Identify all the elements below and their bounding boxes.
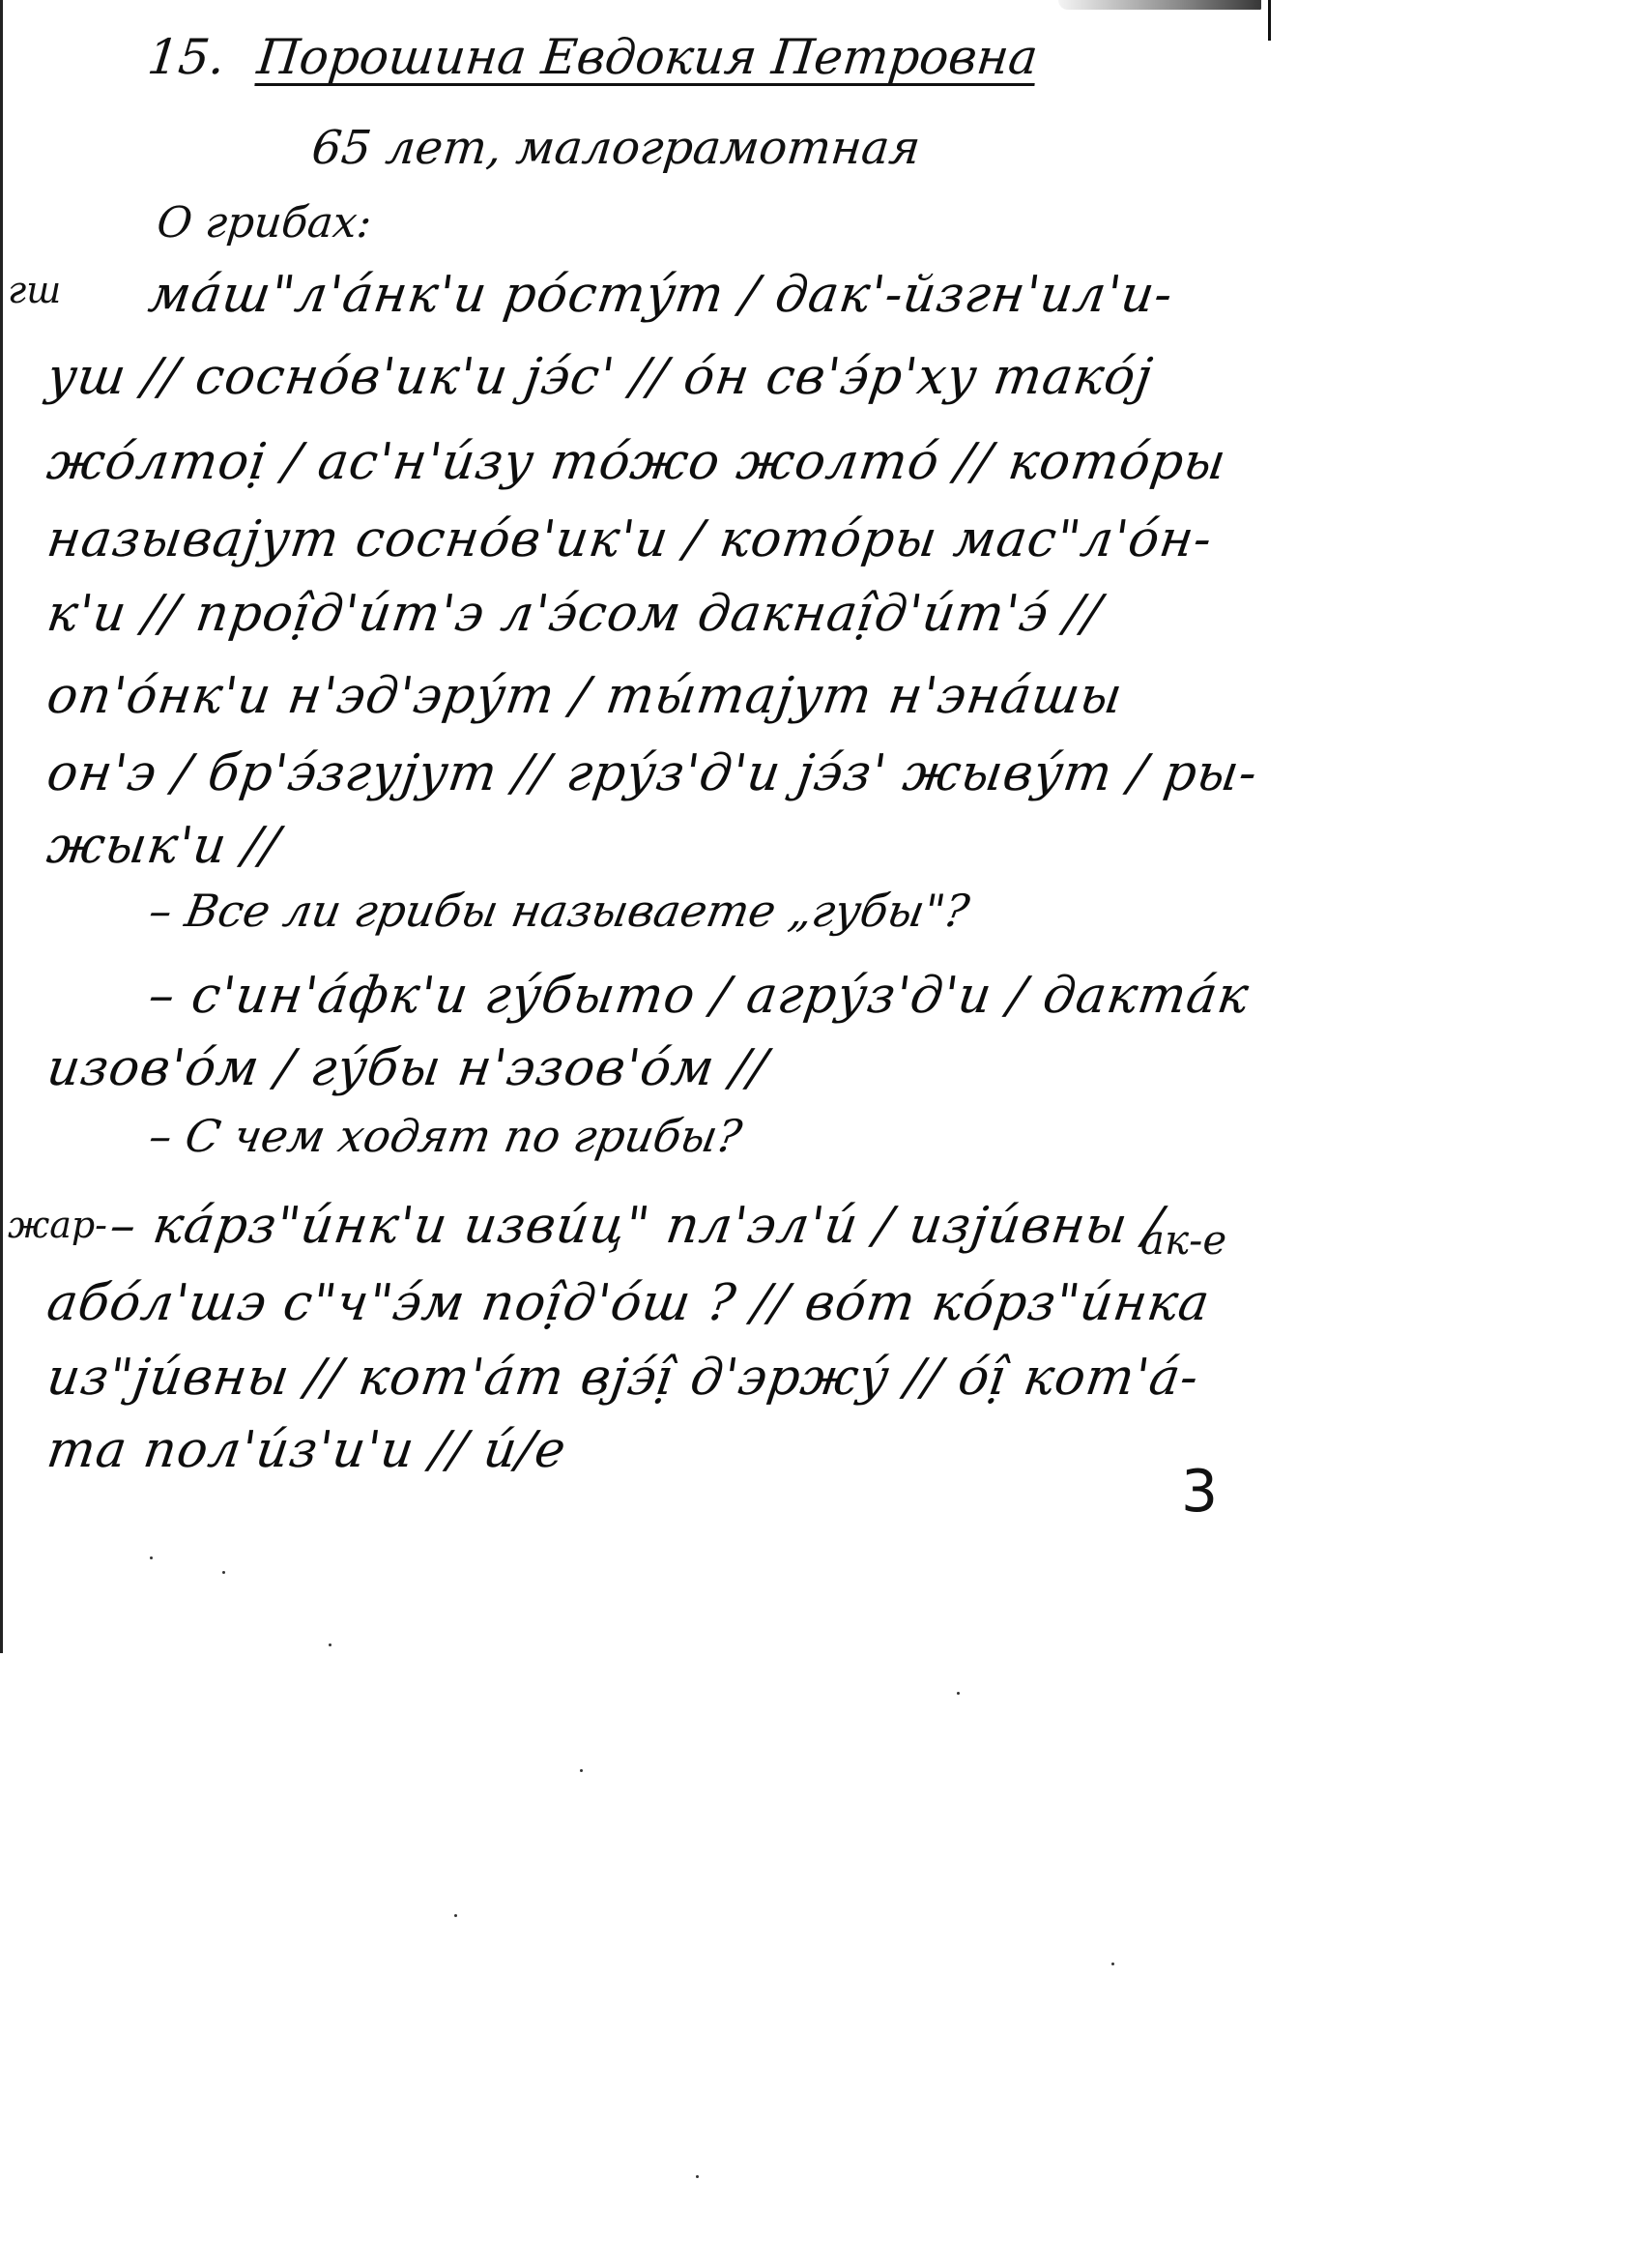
transcription-line-6: оп'о́нк'и н'эд'эру́т / ты́таjут н'эна́шы [43, 667, 1126, 725]
informant-name: Порошина Евдокия Петровна [254, 29, 1040, 85]
margin-note-1: гш [8, 269, 61, 311]
scan-left-edge-shadow [0, 0, 3, 1653]
scan-speck [696, 2175, 699, 2178]
interviewer-question-1: – Все ли грибы называете „губы"? [145, 885, 973, 937]
transcription-line-4: называjут сосно́в'ик'и / кото́ры мас"л'о… [43, 510, 1216, 568]
answer-1-line-2: изов'о́м / гу́бы н'эзов'о́м // [43, 1039, 771, 1097]
transcription-line-1: ма́ш"л'а́нк'и ро́стýт / дак'-йзгн'ил'и- [145, 266, 1177, 324]
scan-speck [150, 1556, 153, 1559]
scan-speck [329, 1643, 331, 1646]
transcription-line-7: он'э / бр'э́згуjут // гру́з'д'и jэ́з' жы… [43, 744, 1261, 802]
transcription-line-3: жо́лтоị / ас'н'и́зу то́жо жолто́ // кото… [43, 433, 1230, 491]
answer-2-line-4: та пол'и́з'и'и // и́/е [43, 1421, 570, 1479]
answer-2-line-2: або́л'шэ с"ч"э́м поị̂д'о́ш ? // во́т ко́… [43, 1274, 1214, 1332]
correction-annotation: ак-е [1140, 1216, 1226, 1264]
scan-speck [957, 1692, 960, 1695]
informant-info: 65 лет, малограмотная [309, 121, 923, 175]
scan-speck [1111, 1963, 1114, 1965]
transcription-line-8: жык'и // [43, 817, 283, 875]
transcription-line-2: уш // сосно́в'ик'и jэ́с' // о́н св'э́р'х… [43, 348, 1157, 406]
page-number: 3 [1181, 1458, 1218, 1526]
interviewer-question-2: – С чем ходят по грибы? [145, 1110, 746, 1162]
scan-speck [222, 1571, 225, 1574]
answer-2-line-1: – ка́рз"и́нк'и изви́ц" пл'эл'и́ / изjи́в… [106, 1197, 1167, 1255]
scan-top-right-smudge [1058, 0, 1261, 10]
transcription-line-5: к'и // проị̂д'и́т'э л'э́сом дакнаị̂д'и́т… [43, 585, 1106, 643]
answer-2-line-3: из"jи́вны // кот'а́т вjэ́ị̂ д'эржу́ // о… [43, 1349, 1202, 1407]
topic-heading: О грибах: [155, 198, 374, 247]
scan-speck [454, 1914, 457, 1917]
margin-note-2: жар- [8, 1204, 107, 1246]
answer-1-line-1: – с'ин'а́фк'и гу́быто / агру́з'д'и / дак… [145, 967, 1253, 1025]
entry-number: 15. [145, 29, 228, 85]
entry-header: 15. Порошина Евдокия Петровна [145, 29, 1041, 85]
scanned-notebook-page: 15. Порошина Евдокия Петровна 65 лет, ма… [0, 0, 1643, 2268]
scan-top-right-edge [1268, 0, 1271, 41]
scan-speck [580, 1769, 583, 1772]
